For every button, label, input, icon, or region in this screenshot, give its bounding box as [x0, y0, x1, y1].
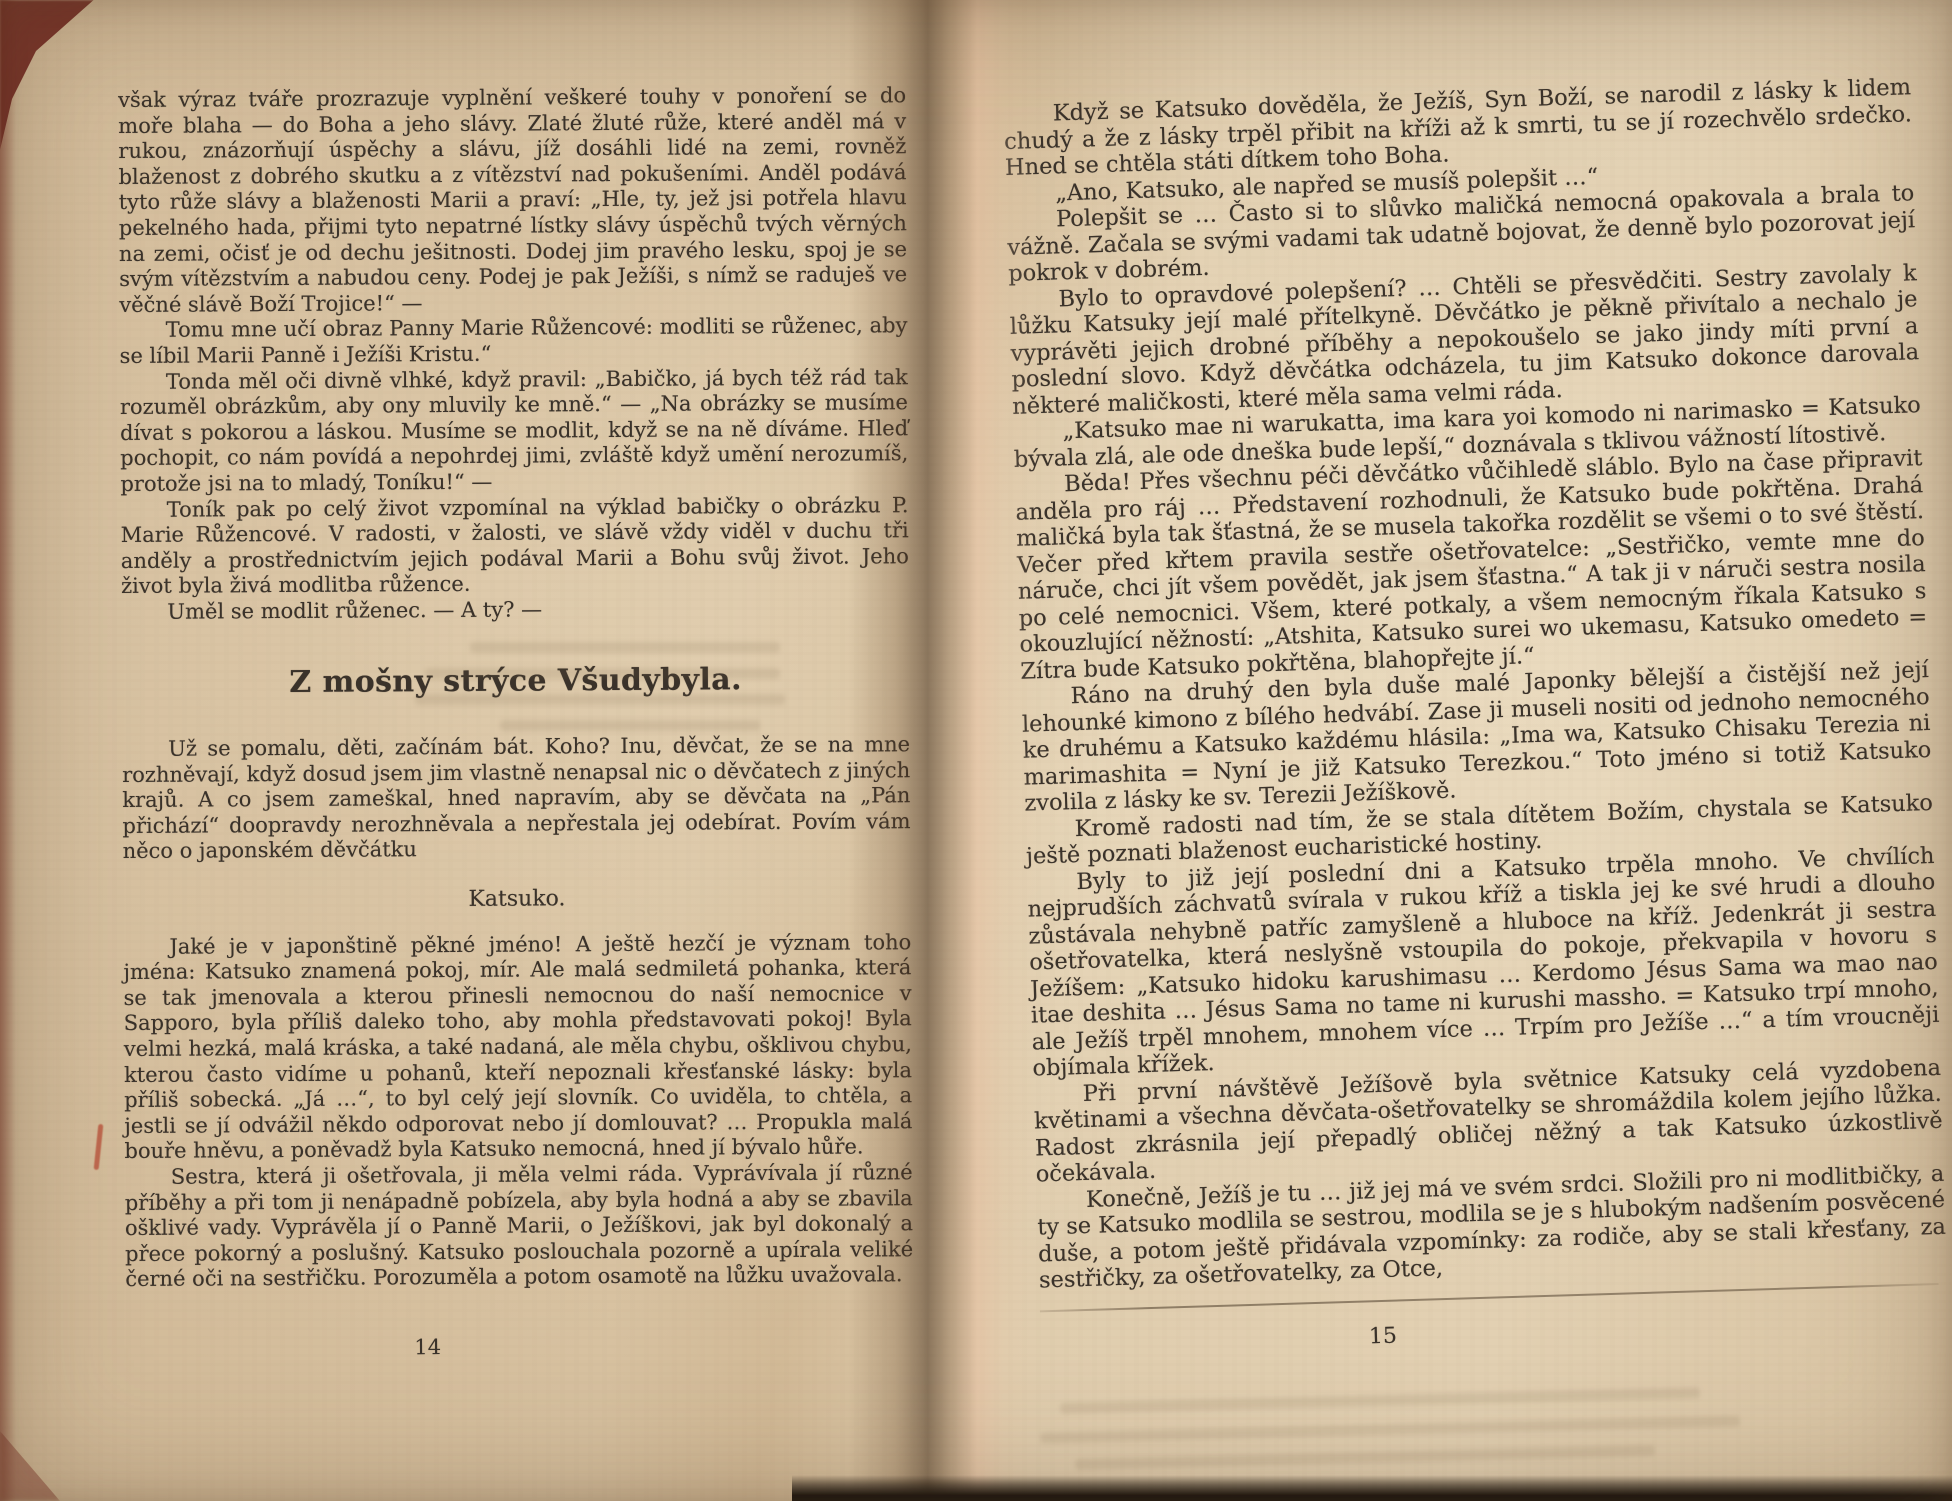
book-spread: však výraz tváře prozrazuje vyplnění veš… — [0, 0, 1952, 1501]
paragraph: Běda! Přes všechnu péči děvčátko vůčihle… — [1014, 445, 1928, 685]
character-name-heading: Katsuko. — [123, 884, 911, 914]
cover-corner-top-left — [0, 0, 120, 150]
paragraph: však výraz tváře prozrazuje vyplnění veš… — [118, 83, 907, 318]
red-ink-mark — [94, 1124, 104, 1170]
left-page-text: však výraz tváře prozrazuje vyplnění veš… — [118, 83, 913, 1293]
paragraph: Už se pomalu, děti, začínám bát. Koho? I… — [122, 732, 911, 865]
paragraph: Uměl se modlit růženec. — A ty? — — [121, 595, 909, 625]
story-heading: Z mošny strýce Všudybyla. — [122, 667, 910, 697]
bleedthrough-artifact — [1075, 1445, 1655, 1470]
paragraph: Byly to již její poslední dni a Katsuko … — [1026, 842, 1940, 1082]
scan-edge-bottom — [792, 1475, 1952, 1501]
right-page-text: Když se Katsuko dověděla, že Ježíš, Syn … — [1003, 74, 1947, 1294]
right-page: Když se Katsuko dověděla, že Ježíš, Syn … — [1003, 74, 1949, 1360]
paragraph: Toník pak po celý život vzpomínal na výk… — [121, 493, 910, 600]
bleedthrough-artifact — [1060, 1387, 1700, 1414]
book-edge-left — [0, 0, 16, 1501]
paragraph: Jaké je v japonštině pěkné jméno! A ješt… — [123, 930, 912, 1165]
paragraph: Sestra, která ji ošetřovala, ji měla vel… — [125, 1160, 914, 1293]
cover-corner-bottom-left — [0, 1431, 60, 1501]
page-number: 15 — [929, 1310, 1837, 1364]
bleedthrough-artifact — [1040, 1415, 1740, 1443]
page-number: 14 — [34, 1333, 822, 1363]
left-page: však výraz tváře prozrazuje vyplnění veš… — [118, 83, 914, 1362]
paragraph: Tonda měl oči divně vlhké, když pravil: … — [120, 365, 909, 498]
paragraph: Tomu mne učí obraz Panny Marie Růžencové… — [119, 314, 907, 370]
